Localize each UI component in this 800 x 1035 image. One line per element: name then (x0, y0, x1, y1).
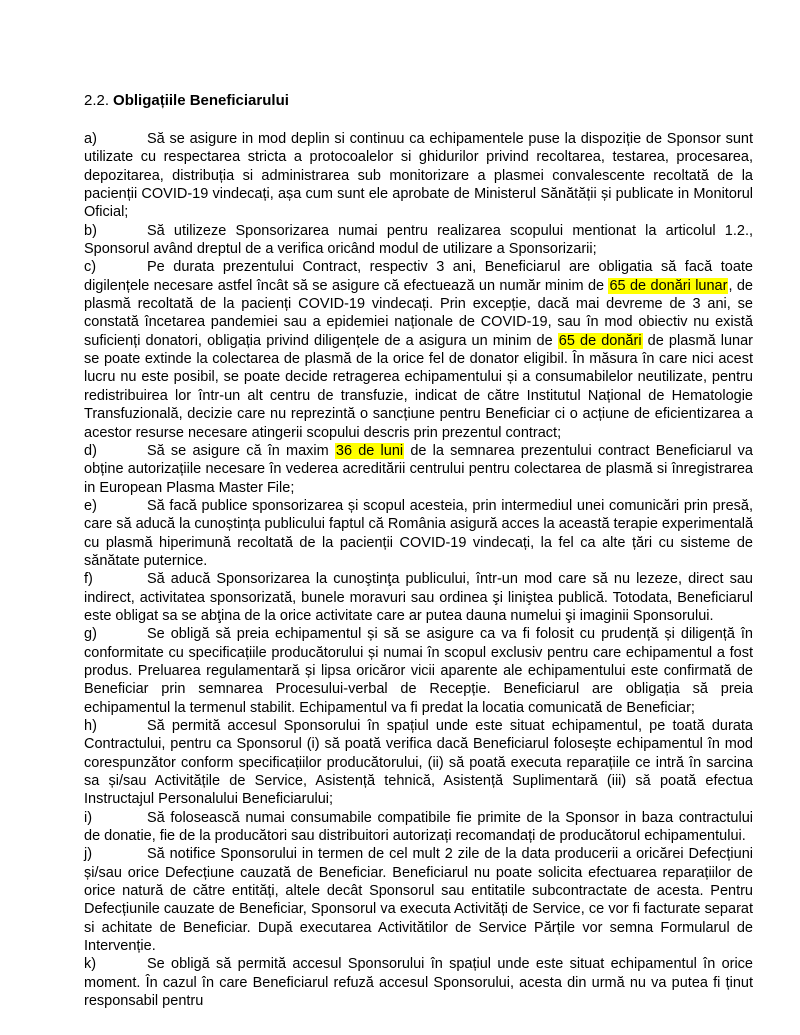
paragraph-letter: f) (84, 570, 147, 588)
paragraph-a: a)Să se asigure in mod deplin si continu… (84, 130, 753, 222)
paragraph-b: b)Să utilizeze Sponsorizarea numai pentr… (84, 222, 753, 259)
paragraph-letter: j) (84, 845, 147, 863)
paragraph-e: e)Să facă publice sponsorizarea și scopu… (84, 497, 753, 570)
section-number: 2.2. (84, 92, 109, 109)
paragraph-j: j)Să notifice Sponsorului in termen de c… (84, 845, 753, 955)
section-heading: 2.2.Obligațiile Beneficiarului (84, 92, 753, 110)
paragraph-letter: e) (84, 497, 147, 515)
paragraph-text: Să se asigure in mod deplin si continuu … (84, 131, 753, 220)
paragraph-g: g)Se obligă să preia echipamentul și să … (84, 625, 753, 717)
highlighted-text: 65 de donări lunar (608, 278, 728, 294)
paragraph-letter: a) (84, 130, 147, 148)
paragraph-letter: i) (84, 809, 147, 827)
highlighted-text: 65 de donări (558, 333, 643, 349)
highlighted-text: 36 de luni (335, 443, 404, 459)
section-title: Obligațiile Beneficiarului (113, 92, 289, 109)
paragraph-text: Să permită accesul Sponsorului în spațiu… (84, 718, 753, 807)
paragraph-letter: b) (84, 222, 147, 240)
paragraph-d: d)Să se asigure că în maxim 36 de luni d… (84, 442, 753, 497)
paragraph-text: Se obligă să permită accesul Sponsorului… (84, 956, 753, 1009)
paragraph-text: Se obligă să preia echipamentul și să se… (84, 626, 753, 715)
paragraph-text: Să notifice Sponsorului in termen de cel… (84, 846, 753, 954)
paragraph-k: k)Se obligă să permită accesul Sponsorul… (84, 955, 753, 1010)
paragraph-letter: g) (84, 625, 147, 643)
paragraph-letter: c) (84, 258, 147, 276)
paragraph-text: Să se asigure că în maxim (147, 443, 335, 459)
paragraph-f: f)Să aducă Sponsorizarea la cunoştinţa p… (84, 570, 753, 625)
paragraph-c: c)Pe durata prezentului Contract, respec… (84, 258, 753, 441)
paragraph-text: Să facă publice sponsorizarea și scopul … (84, 498, 753, 569)
paragraph-letter: h) (84, 717, 147, 735)
paragraph-letter: k) (84, 955, 147, 973)
paragraph-text: Să folosească numai consumabile compatib… (84, 810, 753, 844)
paragraph-h: h)Să permită accesul Sponsorului în spaț… (84, 717, 753, 809)
paragraph-i: i)Să folosească numai consumabile compat… (84, 809, 753, 846)
paragraph-letter: d) (84, 442, 147, 460)
paragraph-text: Să utilizeze Sponsorizarea numai pentru … (84, 223, 753, 257)
paragraph-text: Să aducă Sponsorizarea la cunoştinţa pub… (84, 571, 753, 624)
document-body: a)Să se asigure in mod deplin si continu… (84, 130, 753, 1011)
document-page: 2.2.Obligațiile Beneficiarului a)Să se a… (0, 0, 800, 1035)
